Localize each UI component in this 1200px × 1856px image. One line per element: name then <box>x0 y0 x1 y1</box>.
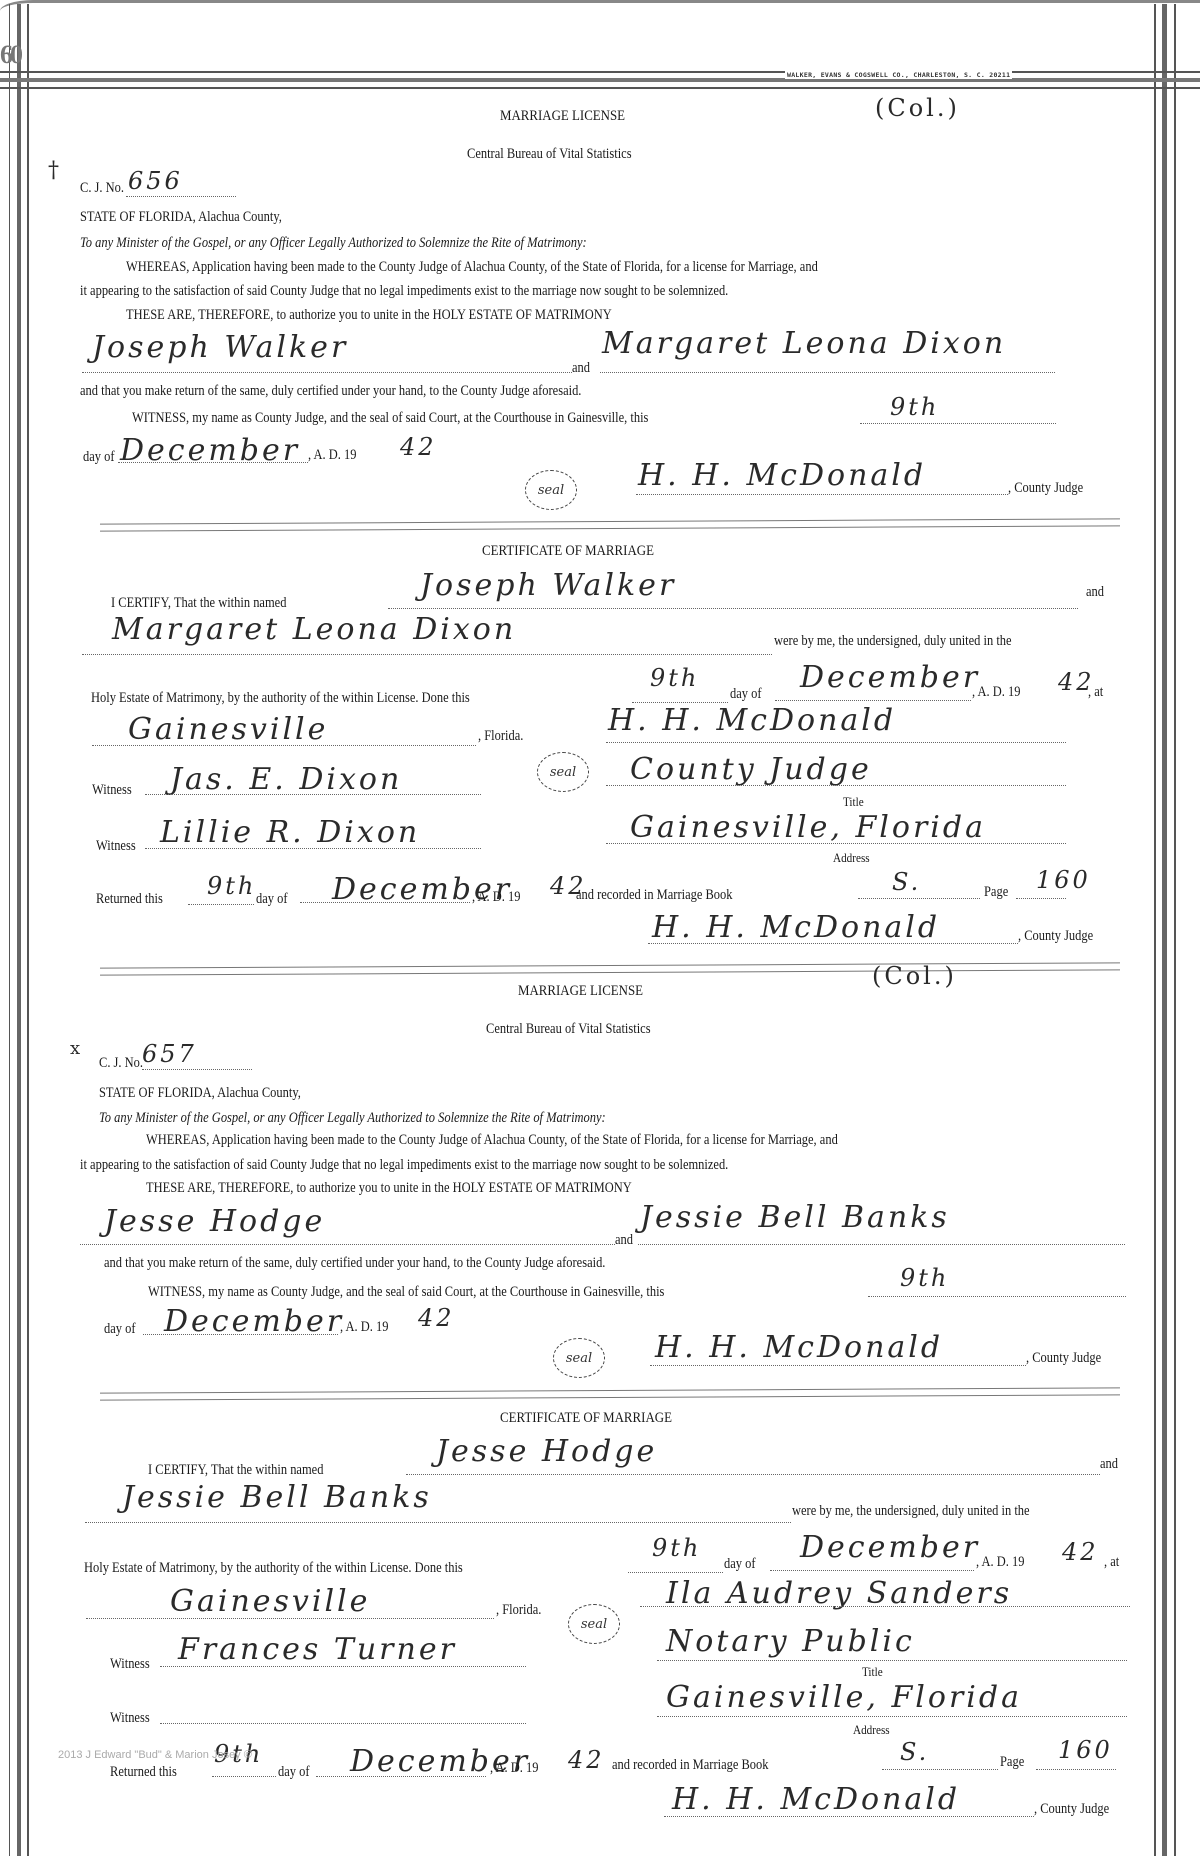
bride-name: Margaret Leona Dixon <box>602 326 1006 361</box>
cj-number-label: C. J. No. <box>80 180 124 197</box>
right-border-line <box>1162 4 1167 1856</box>
ad-label: , A. D. 19 <box>472 889 521 906</box>
witness-label: Witness <box>110 1656 150 1673</box>
cert-groom-name: Joseph Walker <box>420 568 676 603</box>
marriage-book: S. <box>892 868 921 896</box>
margin-mark: † <box>48 158 62 183</box>
fill-line <box>388 608 1078 609</box>
united-label: were by me, the undersigned, duly united… <box>792 1503 1030 1520</box>
witness-1: Jas. E. Dixon <box>170 762 402 797</box>
fill-line <box>664 1816 1034 1817</box>
witness-2: Lillie R. Dixon <box>160 815 420 850</box>
fill-line <box>860 423 1056 424</box>
address-line: To any Minister of the Gospel, or any Of… <box>99 1110 606 1127</box>
cert-day: 9th <box>650 664 699 692</box>
seal-icon: seal <box>537 752 589 792</box>
fill-line <box>882 1769 998 1770</box>
record-page: 160 <box>1036 866 1091 894</box>
therefore-text: THESE ARE, THEREFORE, to authorize you t… <box>146 1180 632 1197</box>
witness-label: Witness <box>110 1710 150 1727</box>
state-line: STATE OF FLORIDA, Alachua County, <box>80 209 282 226</box>
fill-line <box>640 1606 1130 1607</box>
cert-day: 9th <box>652 1534 701 1562</box>
recorder-title: , County Judge <box>1018 928 1093 945</box>
record-page: 160 <box>1058 1736 1113 1764</box>
recorded-label: and recorded in Marriage Book <box>612 1757 769 1774</box>
day-of-label: day of <box>256 891 288 908</box>
united-label: were by me, the undersigned, duly united… <box>774 633 1012 650</box>
cert-month: December <box>800 660 980 695</box>
fill-line <box>636 494 1008 495</box>
left-border-line <box>17 4 21 1856</box>
license-day: 9th <box>900 1264 949 1292</box>
left-border-line <box>9 4 10 1856</box>
officiant-signature: H. H. McDonald <box>608 703 896 738</box>
title-label: Title <box>843 794 864 810</box>
fill-line <box>300 902 470 903</box>
fill-line <box>858 898 980 899</box>
day-of-label: day of <box>730 686 762 703</box>
cert-groom-name: Jesse Hodge <box>436 1434 657 1469</box>
fill-line <box>606 785 1066 786</box>
header-rule <box>0 78 1200 82</box>
section-divider <box>100 1387 1120 1400</box>
bride-name: Jessie Bell Banks <box>640 1200 950 1235</box>
marriage-place: Gainesville <box>170 1584 370 1619</box>
fill-line <box>1036 1769 1116 1770</box>
officiant-address: Gainesville, Florida <box>666 1680 1022 1715</box>
copyright-watermark: 2013 J Edward "Bud" & Marion Josey © <box>58 1749 252 1761</box>
bureau-name: Central Bureau of Vital Statistics <box>467 146 632 163</box>
ad-label: , A. D. 19 <box>340 1319 389 1336</box>
fill-line <box>126 196 236 197</box>
section-divider <box>100 962 1120 975</box>
day-of-label: day of <box>724 1556 756 1573</box>
certificate-title: CERTIFICATE OF MARRIAGE <box>482 543 654 560</box>
cj-number-label: C. J. No. <box>99 1055 143 1072</box>
witness-text: WITNESS, my name as County Judge, and th… <box>132 410 648 427</box>
recorded-label: and recorded in Marriage Book <box>576 887 733 904</box>
fill-line <box>160 1723 526 1724</box>
ledger-page: 60 WALKER, EVANS & COGSWELL CO., CHARLES… <box>0 0 1200 1856</box>
cj-number: 656 <box>128 167 183 195</box>
seal-icon: seal <box>568 1604 620 1644</box>
license-day: 9th <box>890 393 939 421</box>
whereas-text: it appearing to the satisfaction of said… <box>80 283 728 300</box>
holy-estate-label: Holy Estate of Matrimony, by the authori… <box>91 690 470 707</box>
fill-line <box>118 462 308 463</box>
day-of-label: day of <box>104 1321 136 1338</box>
cert-bride-name: Jessie Bell Banks <box>122 1480 432 1515</box>
fill-line <box>145 794 481 795</box>
at-label: , at <box>1104 1554 1119 1571</box>
fill-line <box>145 848 481 849</box>
returned-label: Returned this <box>110 1764 177 1781</box>
and-label: and <box>572 360 590 377</box>
florida-label: , Florida. <box>496 1602 541 1619</box>
page-top-edge <box>0 0 1200 11</box>
marriage-book: S. <box>900 1738 929 1766</box>
address-line: To any Minister of the Gospel, or any Of… <box>80 235 587 252</box>
section-divider <box>100 518 1120 531</box>
page-number: 60 <box>0 40 30 68</box>
page-label: Page <box>984 884 1008 901</box>
fill-line <box>82 654 772 655</box>
license-year: 42 <box>418 1304 455 1332</box>
judge-title: , County Judge <box>1026 1350 1101 1367</box>
certify-label: I CERTIFY, That the within named <box>148 1462 323 1479</box>
florida-label: , Florida. <box>478 728 523 745</box>
state-line: STATE OF FLORIDA, Alachua County, <box>99 1085 301 1102</box>
officiant-title: Notary Public <box>666 1624 915 1659</box>
fill-line <box>406 1474 1100 1475</box>
witness-label: Witness <box>96 838 136 855</box>
page-label: Page <box>1000 1754 1024 1771</box>
color-annotation: (Col.) <box>872 962 957 990</box>
and-label: and <box>615 1232 633 1249</box>
bureau-name: Central Bureau of Vital Statistics <box>486 1021 651 1038</box>
ad-label: , A. D. 19 <box>308 447 357 464</box>
fill-line <box>92 745 476 746</box>
ad-label: , A. D. 19 <box>976 1554 1025 1571</box>
fill-line <box>1016 898 1066 899</box>
left-border-line <box>27 4 29 1856</box>
groom-name: Joseph Walker <box>92 330 348 365</box>
fill-line <box>648 943 1018 944</box>
ad-label: , A. D. 19 <box>972 684 1021 701</box>
witness-text: WITNESS, my name as County Judge, and th… <box>148 1284 664 1301</box>
marriage-place: Gainesville <box>128 712 328 747</box>
color-annotation: (Col.) <box>875 94 960 122</box>
cert-month: December <box>800 1530 980 1565</box>
ad-label: , A. D. 19 <box>490 1760 539 1777</box>
and-label: and <box>1100 1456 1118 1473</box>
returned-day: 9th <box>207 872 256 900</box>
fill-line <box>628 1572 723 1573</box>
license-title: MARRIAGE LICENSE <box>500 108 625 125</box>
header-rule <box>0 87 1200 89</box>
returned-year: 42 <box>568 1746 605 1774</box>
officiant-address: Gainesville, Florida <box>630 810 986 845</box>
at-label: , at <box>1088 684 1103 701</box>
fill-line <box>86 1618 494 1619</box>
right-border-line <box>1174 4 1176 1856</box>
fill-line <box>775 700 971 701</box>
and-label: and <box>1086 584 1104 601</box>
holy-estate-label: Holy Estate of Matrimony, by the authori… <box>84 1560 463 1577</box>
fill-line <box>650 1365 1026 1366</box>
witness-1: Frances Turner <box>178 1632 457 1667</box>
recorder-signature: H. H. McDonald <box>672 1782 960 1817</box>
recorder-title: , County Judge <box>1034 1801 1109 1818</box>
judge-signature: H. H. McDonald <box>655 1330 943 1365</box>
therefore-text: THESE ARE, THEREFORE, to authorize you t… <box>126 307 612 324</box>
judge-signature: H. H. McDonald <box>638 458 926 493</box>
license-year: 42 <box>400 433 437 461</box>
certificate-title: CERTIFICATE OF MARRIAGE <box>500 1410 672 1427</box>
right-border-line <box>1154 4 1156 1856</box>
license-title: MARRIAGE LICENSE <box>518 983 643 1000</box>
fill-line <box>80 1244 615 1245</box>
fill-line <box>600 372 1055 373</box>
fill-line <box>212 1776 276 1777</box>
recorder-signature: H. H. McDonald <box>652 910 940 945</box>
return-text: and that you make return of the same, du… <box>80 383 581 400</box>
cert-bride-name: Margaret Leona Dixon <box>112 612 516 647</box>
fill-line <box>657 1716 1127 1717</box>
fill-line <box>606 742 1066 743</box>
fill-line <box>316 1776 486 1777</box>
fill-line <box>85 1522 791 1523</box>
address-label: Address <box>833 850 870 866</box>
fill-line <box>188 904 254 905</box>
whereas-text: WHEREAS, Application having been made to… <box>146 1132 838 1149</box>
printer-imprint: WALKER, EVANS & COGSWELL CO., CHARLESTON… <box>785 71 1012 79</box>
fill-line <box>82 372 572 373</box>
cert-year: 42 <box>1062 1538 1099 1566</box>
seal-icon: seal <box>525 470 577 510</box>
certify-label: I CERTIFY, That the within named <box>111 595 286 612</box>
fill-line <box>606 843 1066 844</box>
judge-title: , County Judge <box>1008 480 1083 497</box>
fill-line <box>868 1296 1126 1297</box>
margin-mark: x <box>70 1038 83 1059</box>
fill-line <box>770 1570 974 1571</box>
officiant-title: County Judge <box>630 752 872 787</box>
seal-icon: seal <box>553 1338 605 1378</box>
fill-line <box>657 1660 1127 1661</box>
header-rule <box>0 71 1200 73</box>
fill-line <box>638 1244 1125 1245</box>
return-text: and that you make return of the same, du… <box>104 1255 605 1272</box>
whereas-text: it appearing to the satisfaction of said… <box>80 1157 728 1174</box>
cj-number: 657 <box>142 1040 197 1068</box>
witness-label: Witness <box>92 782 132 799</box>
title-label: Title <box>862 1664 883 1680</box>
fill-line <box>142 1069 252 1070</box>
fill-line <box>160 1666 526 1667</box>
whereas-text: WHEREAS, Application having been made to… <box>126 259 818 276</box>
fill-line <box>143 1334 338 1335</box>
day-of-label: day of <box>83 449 115 466</box>
groom-name: Jesse Hodge <box>104 1204 325 1239</box>
returned-label: Returned this <box>96 891 163 908</box>
address-label: Address <box>853 1722 890 1738</box>
day-of-label: day of <box>278 1764 310 1781</box>
